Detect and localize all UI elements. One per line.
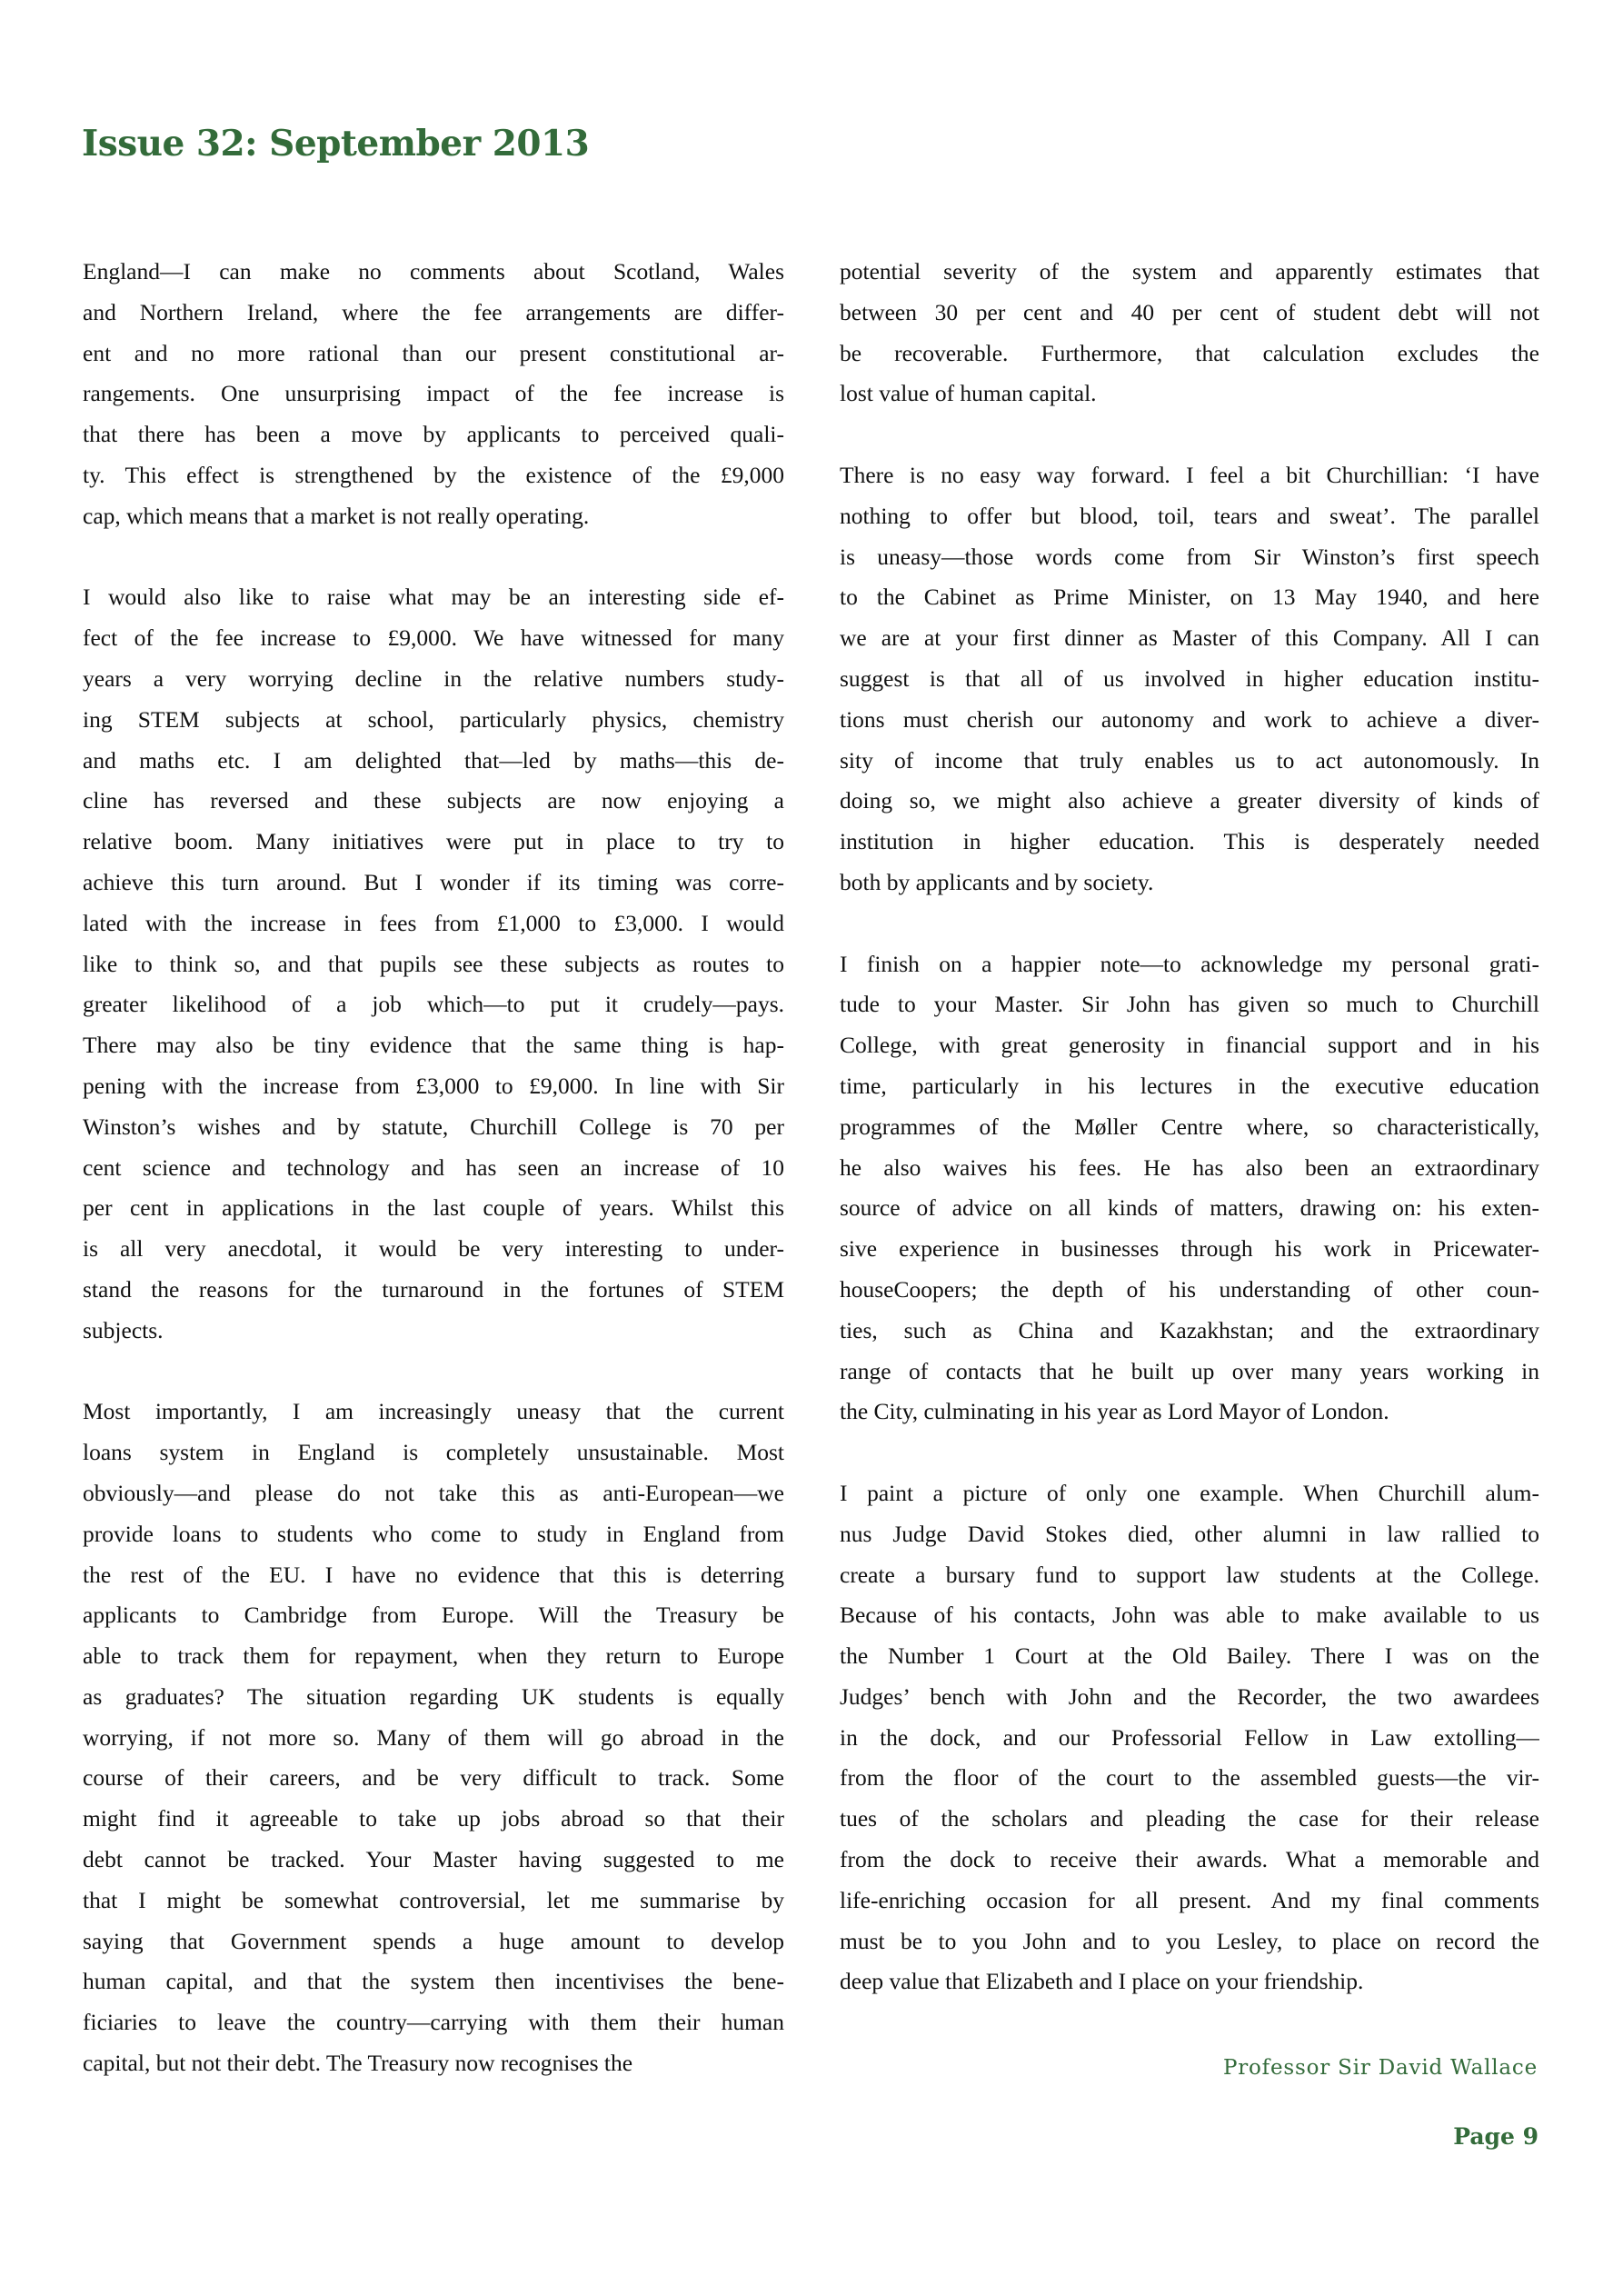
text-line: I paint a picture of only one example. W…: [840, 1473, 1539, 1514]
text-line: from the dock to receive their awards. W…: [840, 1840, 1539, 1881]
text-line: ficiaries to leave the country—carrying …: [83, 2002, 784, 2043]
text-line: doing so, we might also achieve a greate…: [840, 781, 1539, 822]
text-line: course of their careers, and be very dif…: [83, 1758, 784, 1799]
text-line: fect of the fee increase to £9,000. We h…: [83, 618, 784, 659]
text-line: I finish on a happier note—to acknowledg…: [840, 944, 1539, 985]
text-line: houseCoopers; the depth of his understan…: [840, 1270, 1539, 1311]
text-line: lated with the increase in fees from £1,…: [83, 903, 784, 944]
text-line: provide loans to students who come to st…: [83, 1514, 784, 1555]
text-line: years a very worrying decline in the rel…: [83, 659, 784, 700]
text-line: suggest is that all of us involved in hi…: [840, 659, 1539, 700]
text-line: College, with great generosity in financ…: [840, 1025, 1539, 1066]
text-line: capital, but not their debt. The Treasur…: [83, 2043, 784, 2084]
author-signature: Professor Sir David Wallace: [1223, 2056, 1538, 2080]
text-line: cent science and technology and has seen…: [83, 1148, 784, 1189]
body-paragraph: I finish on a happier note—to acknowledg…: [840, 944, 1539, 1433]
text-line: per cent in applications in the last cou…: [83, 1188, 784, 1229]
text-line: saying that Government spends a huge amo…: [83, 1922, 784, 1962]
text-line: he also waives his fees. He has also bee…: [840, 1148, 1539, 1189]
text-line: nothing to offer but blood, toil, tears …: [840, 496, 1539, 537]
text-line: the City, culminating in his year as Lor…: [840, 1392, 1539, 1433]
text-line: and maths etc. I am delighted that—led b…: [83, 741, 784, 782]
text-line: potential severity of the system and app…: [840, 252, 1539, 293]
text-line: both by applicants and by society.: [840, 863, 1539, 903]
text-line: Winston’s wishes and by statute, Churchi…: [83, 1107, 784, 1148]
text-line: obviously—and please do not take this as…: [83, 1473, 784, 1514]
text-line: tues of the scholars and pleading the ca…: [840, 1799, 1539, 1840]
newsletter-page: Issue 32: September 2013 England—I can m…: [0, 0, 1623, 2296]
paragraph-gap: [83, 537, 784, 578]
issue-title: Issue 32: September 2013: [82, 120, 589, 167]
text-line: from the floor of the court to the assem…: [840, 1758, 1539, 1799]
body-paragraph: I paint a picture of only one example. W…: [840, 1473, 1539, 2002]
text-line: to the Cabinet as Prime Minister, on 13 …: [840, 577, 1539, 618]
text-line: sity of income that truly enables us to …: [840, 741, 1539, 782]
text-line: England—I can make no comments about Sco…: [83, 252, 784, 293]
text-line: and Northern Ireland, where the fee arra…: [83, 293, 784, 334]
text-line: There is no easy way forward. I feel a b…: [840, 455, 1539, 496]
paragraph-gap: [840, 1433, 1539, 1473]
page-number: Page 9: [1453, 2123, 1538, 2150]
text-line: like to think so, and that pupils see th…: [83, 944, 784, 985]
paragraph-gap: [840, 414, 1539, 455]
text-line: that there has been a move by applicants…: [83, 414, 784, 455]
text-line: ty. This effect is strengthened by the e…: [83, 455, 784, 496]
text-line: ing STEM subjects at school, particularl…: [83, 700, 784, 741]
text-line: between 30 per cent and 40 per cent of s…: [840, 293, 1539, 334]
text-line: tions must cherish our autonomy and work…: [840, 700, 1539, 741]
text-line: nus Judge David Stokes died, other alumn…: [840, 1514, 1539, 1555]
body-paragraph: I would also like to raise what may be a…: [83, 577, 784, 1351]
text-line: ties, such as China and Kazakhstan; and …: [840, 1311, 1539, 1352]
text-line: we are at your first dinner as Master of…: [840, 618, 1539, 659]
text-line: There may also be tiny evidence that the…: [83, 1025, 784, 1066]
body-paragraph: England—I can make no comments about Sco…: [83, 252, 784, 537]
text-line: achieve this turn around. But I wonder i…: [83, 863, 784, 903]
text-line: is uneasy—those words come from Sir Wins…: [840, 537, 1539, 578]
text-line: Because of his contacts, John was able t…: [840, 1595, 1539, 1636]
left-column: England—I can make no comments about Sco…: [83, 252, 784, 2084]
text-line: rangements. One unsurprising impact of t…: [83, 374, 784, 414]
text-line: institution in higher education. This is…: [840, 822, 1539, 863]
text-line: range of contacts that he built up over …: [840, 1352, 1539, 1393]
text-line: tude to your Master. Sir John has given …: [840, 984, 1539, 1025]
text-line: human capital, and that the system then …: [83, 1962, 784, 2002]
body-paragraph: There is no easy way forward. I feel a b…: [840, 455, 1539, 903]
paragraph-gap: [83, 1352, 784, 1393]
text-line: ent and no more rational than our presen…: [83, 334, 784, 374]
text-line: time, particularly in his lectures in th…: [840, 1066, 1539, 1107]
text-line: greater likelihood of a job which—to put…: [83, 984, 784, 1025]
text-line: applicants to Cambridge from Europe. Wil…: [83, 1595, 784, 1636]
text-line: relative boom. Many initiatives were put…: [83, 822, 784, 863]
text-line: might find it agreeable to take up jobs …: [83, 1799, 784, 1840]
text-line: deep value that Elizabeth and I place on…: [840, 1962, 1539, 2002]
text-line: able to track them for repayment, when t…: [83, 1636, 784, 1677]
text-line: sive experience in businesses through hi…: [840, 1229, 1539, 1270]
text-line: be recoverable. Furthermore, that calcul…: [840, 334, 1539, 374]
text-line: as graduates? The situation regarding UK…: [83, 1677, 784, 1718]
text-line: subjects.: [83, 1311, 784, 1352]
text-line: the rest of the EU. I have no evidence t…: [83, 1555, 784, 1596]
text-line: is all very anecdotal, it would be very …: [83, 1229, 784, 1270]
text-line: life-enriching occasion for all present.…: [840, 1881, 1539, 1922]
text-line: stand the reasons for the turnaround in …: [83, 1270, 784, 1311]
text-line: debt cannot be tracked. Your Master havi…: [83, 1840, 784, 1881]
right-column: potential severity of the system and app…: [840, 252, 1539, 2002]
text-line: Most importantly, I am increasingly unea…: [83, 1392, 784, 1433]
text-line: the Number 1 Court at the Old Bailey. Th…: [840, 1636, 1539, 1677]
text-line: source of advice on all kinds of matters…: [840, 1188, 1539, 1229]
text-line: in the dock, and our Professorial Fellow…: [840, 1718, 1539, 1759]
text-line: cline has reversed and these subjects ar…: [83, 781, 784, 822]
body-paragraph: potential severity of the system and app…: [840, 252, 1539, 414]
text-line: create a bursary fund to support law stu…: [840, 1555, 1539, 1596]
text-line: that I might be somewhat controversial, …: [83, 1881, 784, 1922]
paragraph-gap: [840, 903, 1539, 944]
text-line: programmes of the Møller Centre where, s…: [840, 1107, 1539, 1148]
text-line: I would also like to raise what may be a…: [83, 577, 784, 618]
text-line: Judges’ bench with John and the Recorder…: [840, 1677, 1539, 1718]
text-line: cap, which means that a market is not re…: [83, 496, 784, 537]
text-line: worrying, if not more so. Many of them w…: [83, 1718, 784, 1759]
text-line: lost value of human capital.: [840, 374, 1539, 414]
body-paragraph: Most importantly, I am increasingly unea…: [83, 1392, 784, 2084]
text-line: loans system in England is completely un…: [83, 1433, 784, 1473]
text-line: pening with the increase from £3,000 to …: [83, 1066, 784, 1107]
text-line: must be to you John and to you Lesley, t…: [840, 1922, 1539, 1962]
